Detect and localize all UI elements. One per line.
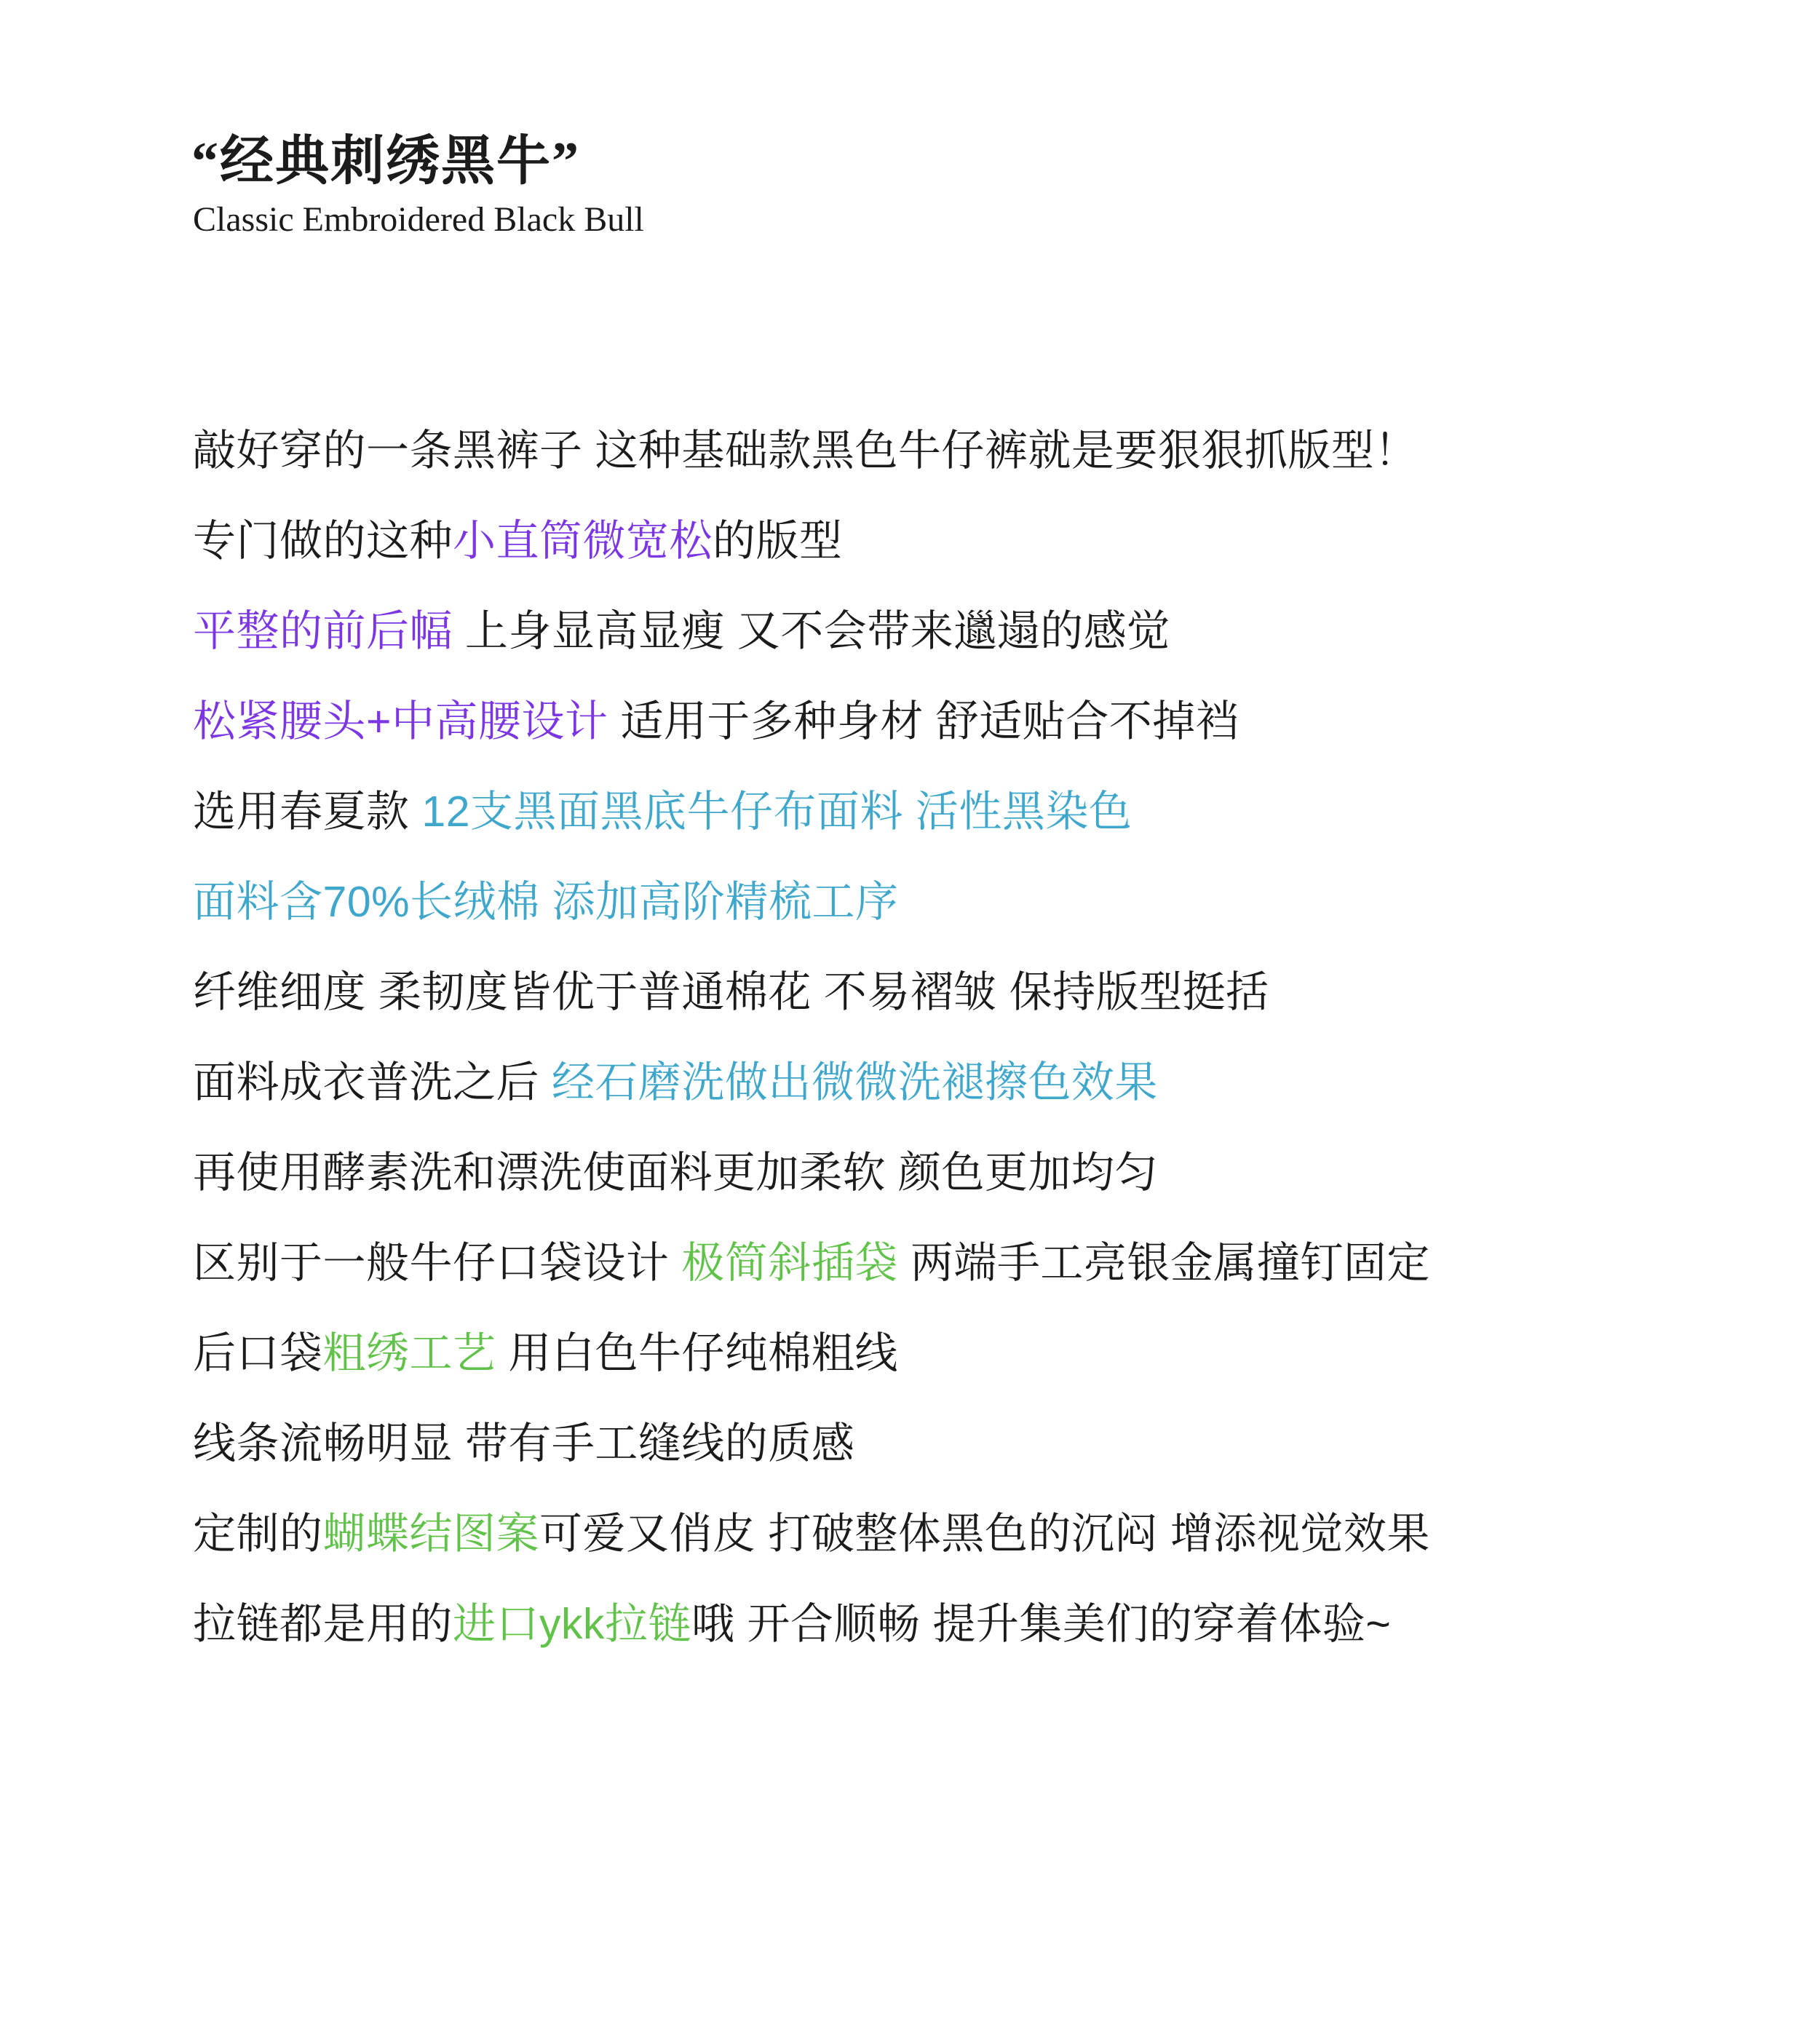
- highlight-text: 进口ykk拉链: [453, 1600, 691, 1648]
- highlight-text: 小直筒微宽松: [453, 517, 713, 565]
- highlight-text: 松紧腰头+中高腰设计: [193, 697, 608, 745]
- highlight-text: 经石磨洗做出微微洗褪擦色效果: [552, 1058, 1158, 1106]
- plain-text: 适用于多种身材 舒适贴合不掉裆: [608, 697, 1239, 745]
- description-line: 面料含70%长绒棉 添加高阶精梳工序: [193, 857, 1430, 947]
- description-line: 后口袋粗绣工艺 用白色牛仔纯棉粗线: [193, 1308, 1430, 1398]
- highlight-text: 平整的前后幅: [193, 607, 453, 655]
- description-body: 敲好穿的一条黑裤子 这种基础款黑色牛仔裤就是要狠狠抓版型！专门做的这种小直筒微宽…: [193, 405, 1430, 1669]
- description-line: 拉链都是用的进口ykk拉链哦 开合顺畅 提升集美们的穿着体验~: [193, 1579, 1430, 1669]
- description-line: 纤维细度 柔韧度皆优于普通棉花 不易褶皱 保持版型挺括: [193, 947, 1430, 1037]
- description-line: 面料成衣普洗之后 经石磨洗做出微微洗褪擦色效果: [193, 1037, 1430, 1128]
- description-line: 专门做的这种小直筒微宽松的版型: [193, 496, 1430, 586]
- description-line: 线条流畅明显 带有手工缝线的质感: [193, 1398, 1430, 1489]
- description-line: 松紧腰头+中高腰设计 适用于多种身材 舒适贴合不掉裆: [193, 676, 1430, 766]
- product-description-page: “经典刺绣黑牛” Classic Embroidered Black Bull …: [0, 0, 1805, 2044]
- plain-text: 上身显高显瘦 又不会带来邋遢的感觉: [453, 607, 1170, 655]
- plain-text: 的版型: [713, 517, 843, 565]
- plain-text: 专门做的这种: [193, 517, 453, 565]
- plain-text: 两端手工亮银金属撞钉固定: [898, 1239, 1430, 1287]
- plain-text: 后口袋: [193, 1329, 323, 1377]
- plain-text: 纤维细度 柔韧度皆优于普通棉花 不易褶皱 保持版型挺括: [193, 968, 1269, 1016]
- plain-text: 敲好穿的一条黑裤子 这种基础款黑色牛仔裤就是要狠狠抓版型！: [193, 427, 1418, 475]
- description-line: 定制的蝴蝶结图案可爱又俏皮 打破整体黑色的沉闷 增添视觉效果: [193, 1489, 1430, 1579]
- description-line: 选用春夏款 12支黑面黑底牛仔布面料 活性黑染色: [193, 766, 1430, 857]
- plain-text: 哦 开合顺畅 提升集美们的穿着体验~: [691, 1600, 1391, 1648]
- description-line: 敲好穿的一条黑裤子 这种基础款黑色牛仔裤就是要狠狠抓版型！: [193, 405, 1430, 496]
- highlight-text: 12支黑面黑底牛仔布面料 活性黑染色: [421, 788, 1132, 836]
- description-line: 平整的前后幅 上身显高显瘦 又不会带来邋遢的感觉: [193, 586, 1430, 676]
- highlight-text: 极简斜插袋: [681, 1239, 898, 1287]
- highlight-text: 蝴蝶结图案: [323, 1510, 540, 1558]
- plain-text: 再使用酵素洗和漂洗使面料更加柔软 颜色更加均匀: [193, 1149, 1158, 1197]
- plain-text: 选用春夏款: [193, 788, 421, 836]
- plain-text: 用白色牛仔纯棉粗线: [496, 1329, 898, 1377]
- plain-text: 面料成衣普洗之后: [193, 1058, 552, 1106]
- plain-text: 线条流畅明显 带有手工缝线的质感: [193, 1419, 854, 1467]
- description-line: 再使用酵素洗和漂洗使面料更加柔软 颜色更加均匀: [193, 1128, 1430, 1218]
- plain-text: 可爱又俏皮 打破整体黑色的沉闷 增添视觉效果: [539, 1510, 1430, 1558]
- page-subtitle: Classic Embroidered Black Bull: [193, 201, 644, 239]
- description-line: 区别于一般牛仔口袋设计 极简斜插袋 两端手工亮银金属撞钉固定: [193, 1218, 1430, 1308]
- highlight-text: 粗绣工艺: [323, 1329, 496, 1377]
- page-title: “经典刺绣黑牛”: [191, 132, 580, 191]
- plain-text: 拉链都是用的: [193, 1600, 453, 1648]
- plain-text: 区别于一般牛仔口袋设计: [193, 1239, 681, 1287]
- highlight-text: 面料含70%长绒棉 添加高阶精梳工序: [193, 878, 898, 926]
- plain-text: 定制的: [193, 1510, 323, 1558]
